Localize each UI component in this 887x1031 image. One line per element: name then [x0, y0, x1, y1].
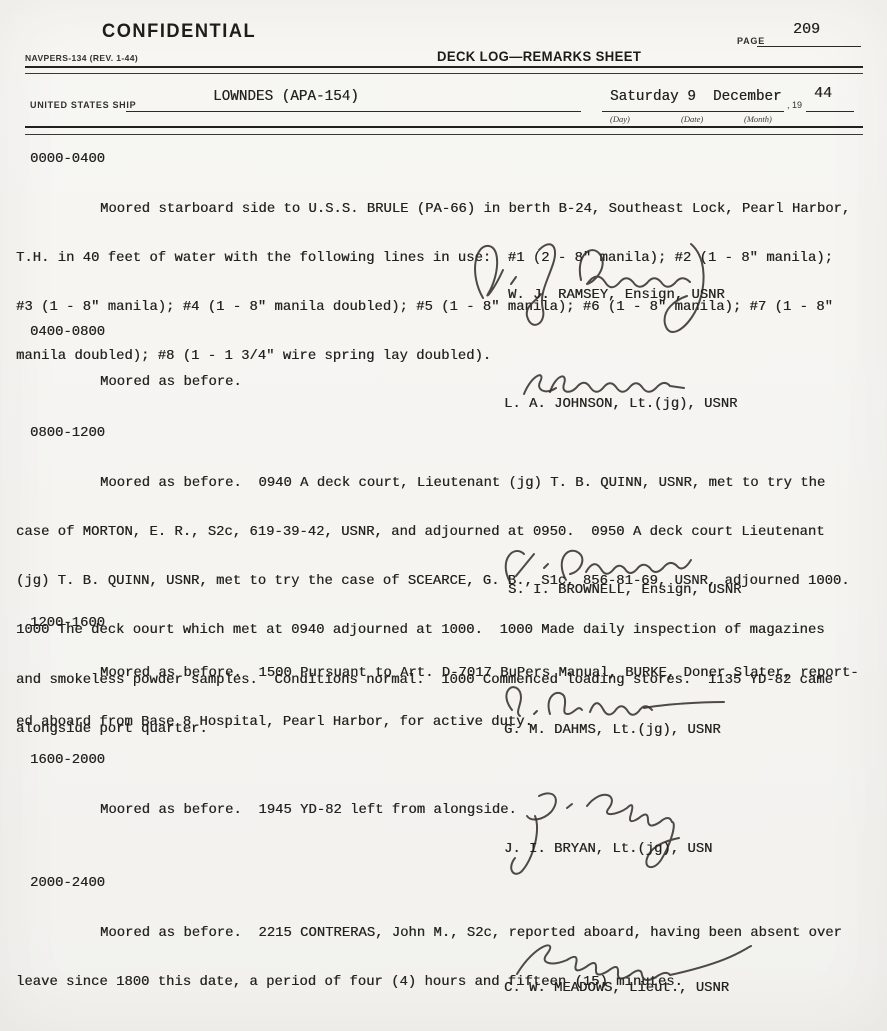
classification-stamp: CONFIDENTIAL	[102, 21, 256, 43]
signature-typed-name: W. J. RAMSEY, Ensign, USNR	[508, 287, 725, 303]
ship-label: UNITED STATES SHIP	[30, 100, 136, 110]
entry-text-line: Moored as before. 1500 Pursuant to Art. …	[16, 665, 872, 681]
year-value: 44	[814, 85, 832, 102]
date-label: (Date)	[681, 114, 703, 124]
year-prefix: , 19	[787, 100, 802, 110]
meadows-handwritten-signature	[483, 936, 758, 984]
entry-text-line: (jg) T. B. QUINN, USNR, met to try the c…	[16, 573, 872, 589]
deck-log-page: CONFIDENTIAL PAGE 209 NAVPERS-134 (REV. …	[0, 0, 887, 1031]
entry-time-heading: 0400-0800	[30, 324, 105, 340]
entry-remarks: Moored as before.	[16, 341, 872, 423]
entry-text-line: ed aboard from Base 8 Hospital, Pearl Ha…	[16, 714, 872, 730]
date-underline	[602, 110, 784, 112]
entry-text-line: Moored starboard side to U.S.S. BRULE (P…	[16, 201, 872, 217]
entry-remarks: Moored as before. 1500 Pursuant to Art. …	[16, 632, 872, 763]
entry-text-line: Moored as before. 1945 YD-82 left from a…	[16, 802, 872, 818]
signature-typed-name: J. I. BRYAN, Lt.(jg), USN	[504, 841, 712, 857]
sheet-title: DECK LOG—REMARKS SHEET	[437, 49, 641, 64]
day-label: (Day)	[610, 114, 630, 124]
entry-text-line: Moored as before. 0940 A deck court, Lie…	[16, 475, 872, 491]
form-number: NAVPERS-134 (REV. 1-44)	[25, 53, 138, 63]
page-number-underline	[757, 45, 861, 47]
bryan-handwritten-signature	[483, 786, 703, 880]
dahms-handwritten-signature	[486, 680, 731, 722]
entry-time-heading: 0800-1200	[30, 425, 105, 441]
header-rule	[25, 66, 863, 74]
entry-time-heading: 1200-1600	[30, 615, 105, 631]
entry-time-heading: 1600-2000	[30, 752, 105, 768]
ship-name-value: LOWNDES (APA-154)	[213, 89, 359, 105]
page-number: 209	[793, 21, 820, 38]
month-label: (Month)	[744, 114, 772, 124]
date-value: Saturday 9 December	[610, 89, 782, 105]
year-underline	[806, 110, 854, 112]
entry-time-heading: 2000-2400	[30, 875, 105, 891]
signature-typed-name: C. W. MEADOWS, Lieut., USNR	[504, 980, 729, 996]
entry-text-line: Moored as before.	[16, 374, 872, 390]
entry-text-line: case of MORTON, E. R., S2c, 619-39-42, U…	[16, 524, 872, 540]
ship-name-underline	[126, 110, 581, 112]
ship-line-rule	[25, 126, 863, 135]
entry-remarks: Moored as before. 1945 YD-82 left from a…	[16, 769, 872, 851]
entry-time-heading: 0000-0400	[30, 151, 105, 167]
signature-typed-name: S. I. BROWNELL, Ensign, USNR	[508, 582, 741, 598]
signature-typed-name: L. A. JOHNSON, Lt.(jg), USNR	[504, 396, 737, 412]
signature-typed-name: G. M. DAHMS, Lt.(jg), USNR	[504, 722, 721, 738]
